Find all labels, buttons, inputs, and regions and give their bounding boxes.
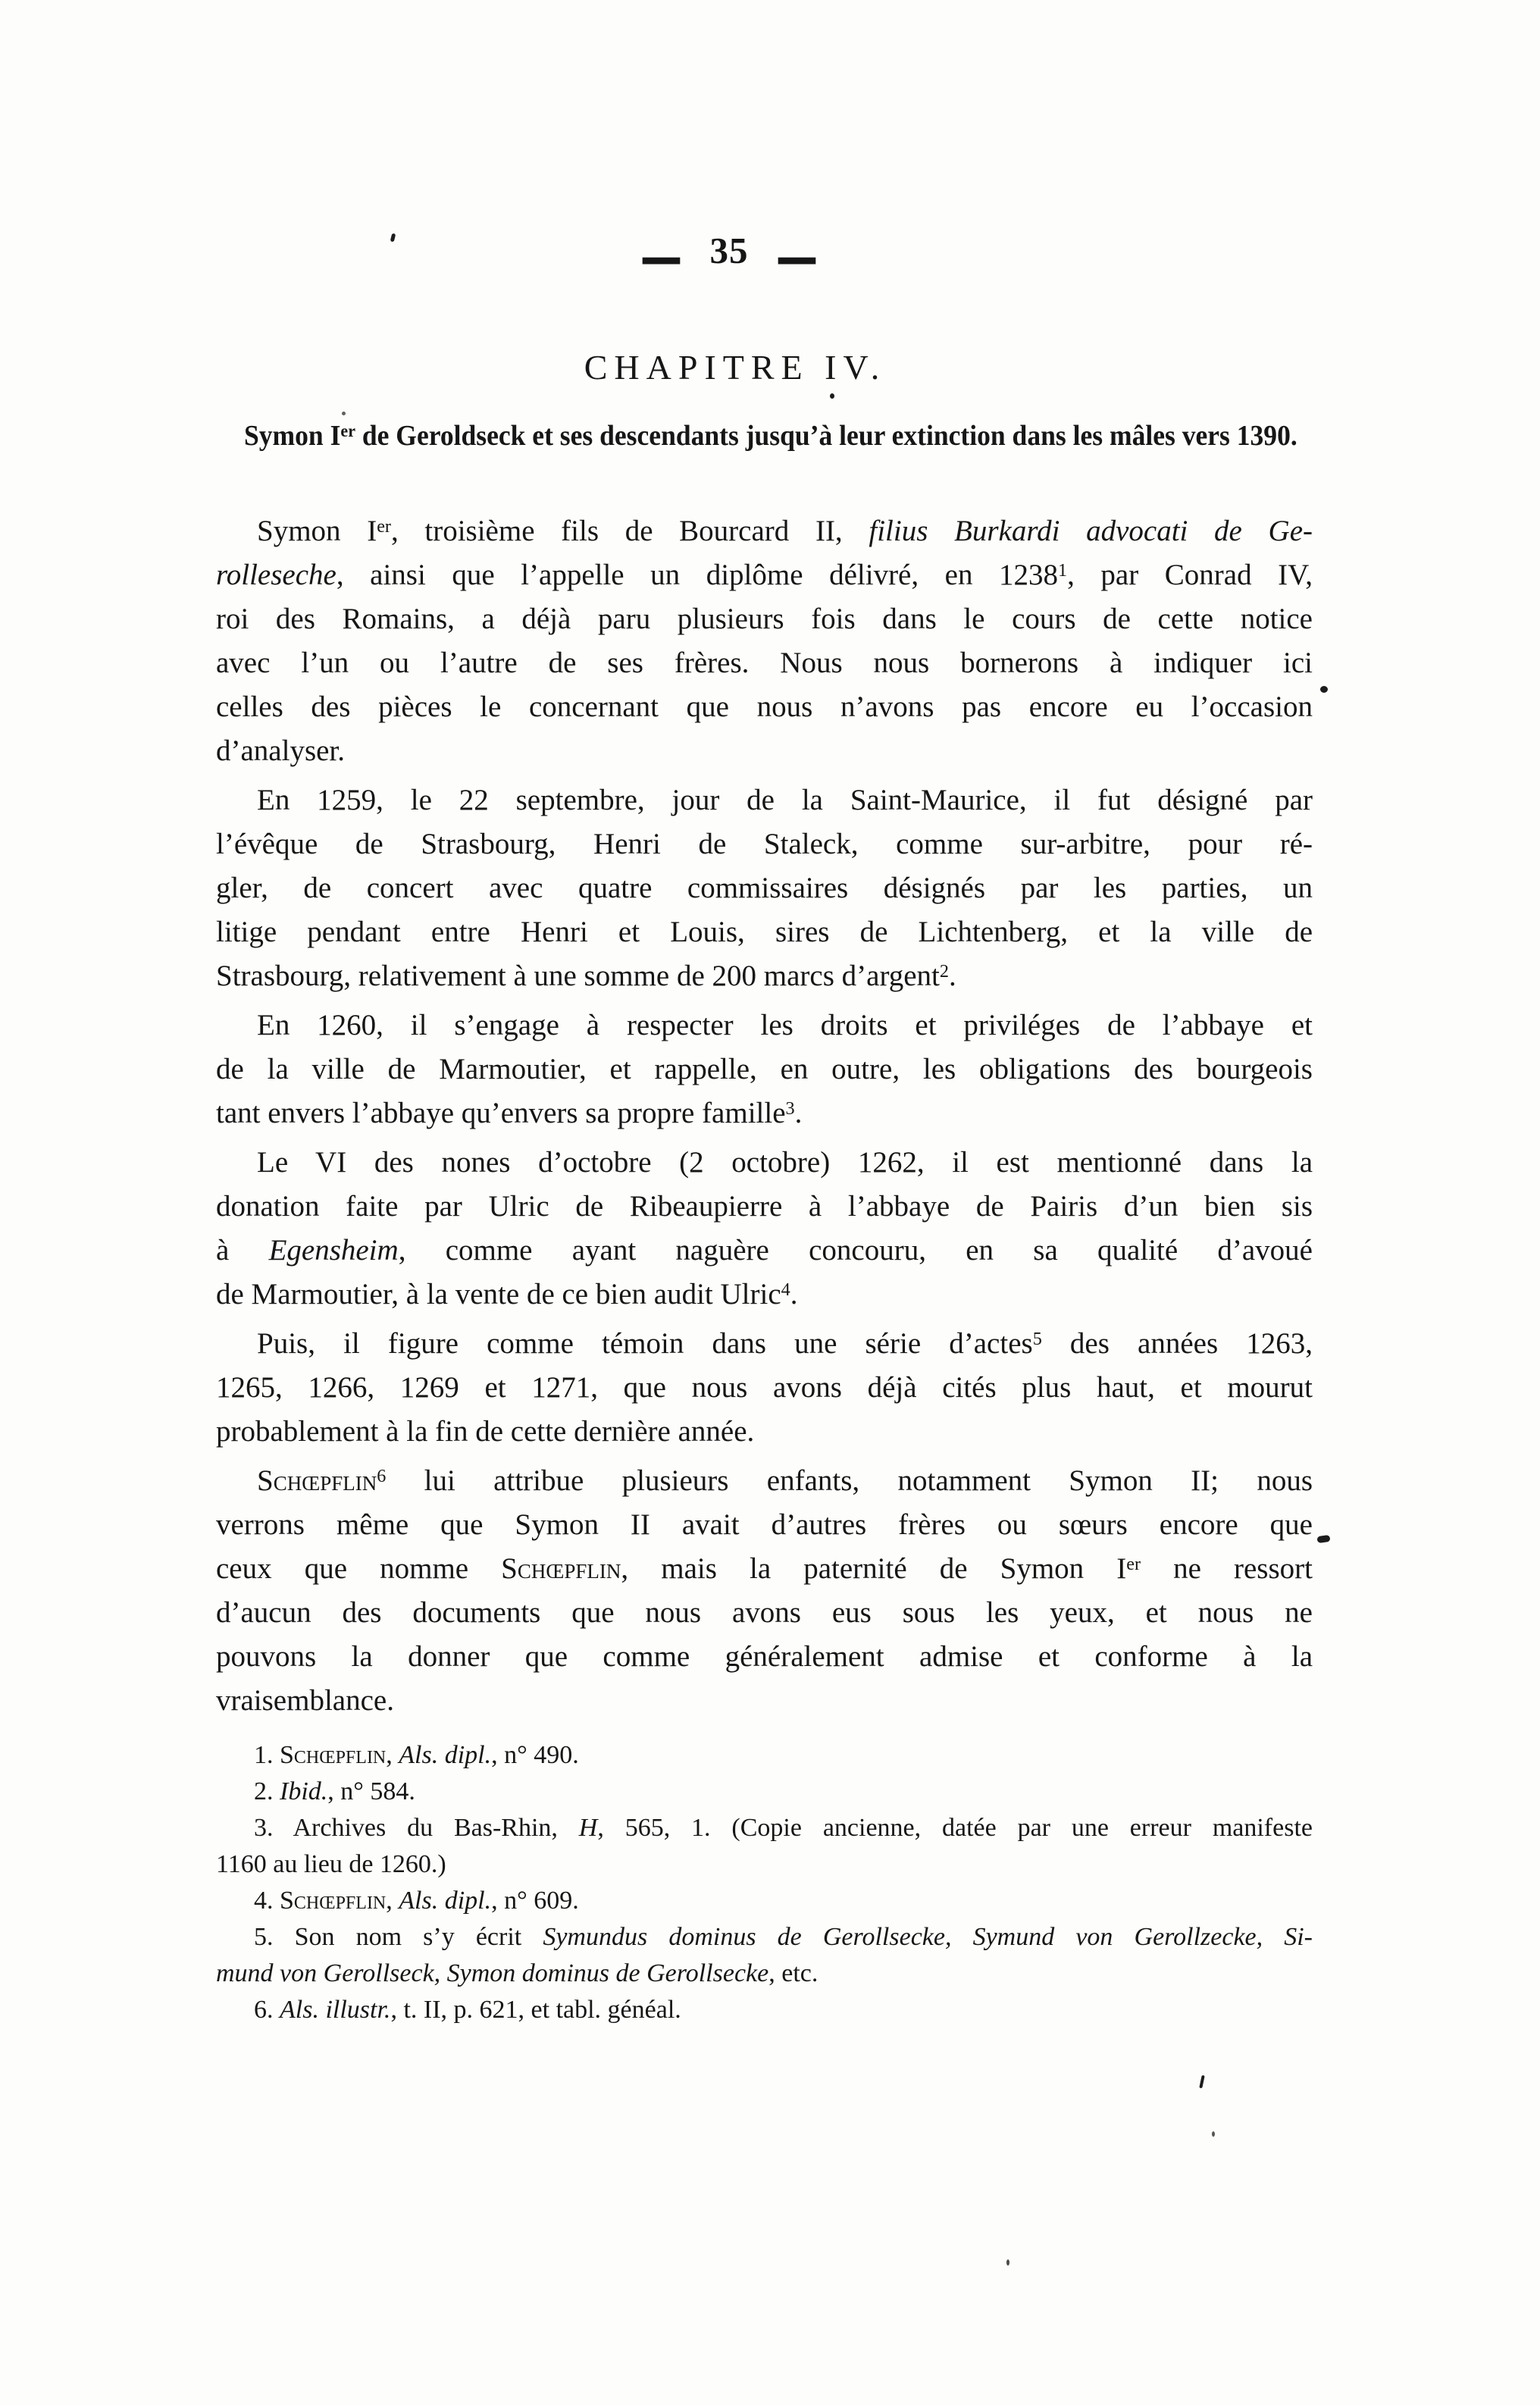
text-segment: Symon I	[244, 420, 340, 452]
text-line: roi des Romains, a déjà paru plusieurs f…	[216, 597, 1313, 641]
text-segment: ceux que nomme	[216, 1552, 501, 1585]
text-line: Symon Ier, troisième fils de Bourcard II…	[216, 509, 1313, 553]
text-line: Le VI des nones d’octobre (2 octobre) 12…	[216, 1141, 1313, 1185]
footnote-line: 5. Son nom s’y écrit Symundus dominus de…	[216, 1919, 1313, 1956]
text-segment: Schœpflin	[257, 1464, 377, 1497]
footnote-line: 6. Als. illustr., t. II, p. 621, et tabl…	[216, 1992, 1313, 2028]
text-segment: Ibid.	[280, 1777, 327, 1805]
text-segment: pouvons la donner que comme généralement…	[216, 1640, 1313, 1673]
text-segment: 4.	[254, 1887, 280, 1915]
text-segment: , n° 584.	[327, 1777, 415, 1805]
text-segment: gler, de concert avec quatre commissaire…	[216, 872, 1313, 904]
text-segment: de Marmoutier, à la vente de ce bien aud…	[216, 1278, 781, 1311]
page-number-dash-left: —	[643, 202, 680, 298]
footnote-line: 2. Ibid., n° 584.	[216, 1774, 1313, 1810]
text-segment: probablement à la fin de cette dernière …	[216, 1415, 754, 1448]
scanned-book-page: — 35 — CHAPITRE IV. Symon Ier de Gerolds…	[0, 0, 1540, 2405]
ink-speck	[342, 412, 346, 415]
text-segment: ,	[386, 1741, 399, 1769]
text-segment: , 565, 1. (Copie ancienne, datée par une…	[597, 1814, 1313, 1842]
text-segment: .	[949, 960, 956, 992]
text-segment: tant envers l’abbaye qu’envers sa propre…	[216, 1097, 786, 1129]
text-line: l’évêque de Strasbourg, Henri de Staleck…	[216, 822, 1313, 866]
text-segment: Schœpflin	[280, 1741, 386, 1769]
ink-speck	[390, 233, 396, 243]
paragraph: Schœpflin6 lui attribue plusieurs enfant…	[216, 1459, 1313, 1723]
text-line: litige pendant entre Henri et Louis, sir…	[216, 910, 1313, 954]
paragraph: Puis, il figure comme témoin dans une sé…	[216, 1322, 1313, 1454]
footnote-item: 5. Son nom s’y écrit Symundus dominus de…	[216, 1919, 1313, 1992]
ink-speck	[1199, 2075, 1204, 2088]
footnote-line: 1160 au lieu de 1260.)	[216, 1846, 1313, 1883]
text-segment: , troisième fils de Bourcard II,	[391, 515, 869, 547]
text-segment: ,	[386, 1887, 399, 1915]
page-header: — 35 —	[643, 227, 815, 273]
text-line: gler, de concert avec quatre commissaire…	[216, 866, 1313, 910]
text-line: pouvons la donner que comme généralement…	[216, 1635, 1313, 1679]
text-line: de Marmoutier, à la vente de ce bien aud…	[216, 1273, 1313, 1317]
text-segment: d’analyser.	[216, 734, 345, 767]
text-segment: , n° 490.	[491, 1741, 579, 1769]
text-segment: rolleseche	[216, 559, 336, 591]
text-segment: 2.	[254, 1777, 280, 1805]
text-segment: vraisemblance.	[216, 1684, 394, 1717]
footnote-line: 4. Schœpflin, Als. dipl., n° 609.	[216, 1883, 1313, 1919]
paragraph: Symon Ier, troisième fils de Bourcard II…	[216, 509, 1313, 773]
footnote-line: 1. Schœpflin, Als. dipl., n° 490.	[216, 1737, 1313, 1774]
text-segment: Puis, il figure comme témoin dans une sé…	[257, 1327, 1033, 1360]
text-segment: 5	[1033, 1329, 1042, 1349]
text-segment: 6.	[254, 1996, 280, 2024]
paragraph: En 1260, il s’engage à respecter les dro…	[216, 1004, 1313, 1135]
text-segment: l’évêque de Strasbourg, Henri de Staleck…	[216, 828, 1313, 860]
text-line: d’analyser.	[216, 729, 1313, 773]
ink-speck	[1006, 2259, 1009, 2266]
text-segment: H	[579, 1814, 598, 1842]
footnote-item: 1. Schœpflin, Als. dipl., n° 490.	[216, 1737, 1313, 1774]
text-segment: 1265, 1266, 1269 et 1271, que nous avons…	[216, 1371, 1313, 1404]
footnotes: 1. Schœpflin, Als. dipl., n° 490.2. Ibid…	[216, 1737, 1313, 2028]
text-segment: litige pendant entre Henri et Louis, sir…	[216, 916, 1313, 948]
text-segment: Strasbourg, relativement à une somme de …	[216, 960, 940, 992]
text-segment: ne ressort	[1141, 1552, 1313, 1585]
text-segment: 1160 au lieu de 1260.)	[216, 1850, 446, 1878]
text-segment: de la ville de Marmoutier, et rappelle, …	[216, 1053, 1313, 1085]
footnote-item: 4. Schœpflin, Als. dipl., n° 609.	[216, 1883, 1313, 1919]
text-line: En 1260, il s’engage à respecter les dro…	[216, 1004, 1313, 1047]
text-line: de la ville de Marmoutier, et rappelle, …	[216, 1047, 1313, 1091]
text-segment: En 1259, le 22 septembre, jour de la Sai…	[257, 784, 1313, 816]
ink-speck	[1320, 686, 1328, 693]
paragraph: Le VI des nones d’octobre (2 octobre) 12…	[216, 1141, 1313, 1317]
text-segment: Le VI des nones d’octobre (2 octobre) 12…	[257, 1146, 1313, 1179]
text-segment: filius Burkardi advocati de Ge-	[869, 515, 1313, 547]
text-segment: 6	[377, 1466, 386, 1486]
text-segment: , par Conrad IV,	[1067, 559, 1313, 591]
text-segment: lui attribue plusieurs enfants, notammen…	[386, 1464, 1313, 1497]
text-line: vraisemblance.	[216, 1679, 1313, 1723]
text-line: Strasbourg, relativement à une somme de …	[216, 954, 1313, 998]
text-segment: avec l’un ou l’autre de ses frères. Nous…	[216, 647, 1313, 679]
text-line: d’aucun des documents que nous avons eus…	[216, 1591, 1313, 1635]
text-segment: donation faite par Ulric de Ribeaupierre…	[216, 1190, 1313, 1223]
text-segment: Als. dipl.	[399, 1741, 491, 1769]
text-line: Schœpflin6 lui attribue plusieurs enfant…	[216, 1459, 1313, 1503]
text-line: celles des pièces le concernant que nous…	[216, 685, 1313, 729]
text-line: à Egensheim, comme ayant naguère concour…	[216, 1229, 1313, 1273]
footnote-line: 3. Archives du Bas-Rhin, H, 565, 1. (Cop…	[216, 1810, 1313, 1846]
text-line: ceux que nomme Schœpflin, mais la patern…	[216, 1547, 1313, 1591]
text-segment: , n° 609.	[491, 1887, 579, 1915]
page-number: 35	[710, 229, 749, 272]
text-segment: , mais la paternité de Symon I	[621, 1552, 1126, 1585]
text-segment: 3. Archives du Bas-Rhin,	[254, 1814, 579, 1842]
text-line: verrons même que Symon II avait d’autres…	[216, 1503, 1313, 1547]
text-segment: mund von Gerollseck, Symon dominus de Ge…	[216, 1959, 768, 1987]
text-segment: .	[795, 1097, 803, 1129]
text-segment: 1.	[254, 1741, 280, 1769]
ink-speck	[1212, 2131, 1215, 2137]
text-segment: 3	[786, 1098, 795, 1119]
text-segment: Symundus dominus de Gerollsecke, Symund …	[543, 1923, 1313, 1951]
text-segment: celles des pièces le concernant que nous…	[216, 690, 1313, 723]
text-segment: , ainsi que l’appelle un diplôme délivré…	[336, 559, 1058, 591]
text-segment: 2	[940, 961, 949, 982]
text-segment: , etc.	[768, 1959, 818, 1987]
text-segment: , t. II, p. 621, et tabl. généal.	[390, 1996, 681, 2024]
text-segment: .	[790, 1278, 798, 1311]
footnote-item: 3. Archives du Bas-Rhin, H, 565, 1. (Cop…	[216, 1810, 1313, 1883]
text-segment: Schœpflin	[501, 1552, 621, 1585]
text-line: probablement à la fin de cette dernière …	[216, 1410, 1313, 1454]
ink-speck	[1316, 1535, 1330, 1543]
text-segment: à	[216, 1234, 269, 1267]
text-segment: Schœpflin	[280, 1887, 386, 1915]
text-line: donation faite par Ulric de Ribeaupierre…	[216, 1185, 1313, 1229]
section-heading: Symon Ier de Geroldseck et ses descendan…	[244, 419, 1229, 453]
text-segment: 4	[781, 1279, 790, 1300]
text-line: avec l’un ou l’autre de ses frères. Nous…	[216, 641, 1313, 685]
text-segment: d’aucun des documents que nous avons eus…	[216, 1596, 1313, 1629]
text-line: tant envers l’abbaye qu’envers sa propre…	[216, 1091, 1313, 1135]
text-segment: verrons même que Symon II avait d’autres…	[216, 1508, 1313, 1541]
text-segment: er	[1126, 1554, 1141, 1574]
text-line: 1265, 1266, 1269 et 1271, que nous avons…	[216, 1366, 1313, 1410]
text-segment: 1	[1058, 560, 1067, 581]
chapter-title: CHAPITRE IV.	[216, 347, 1254, 387]
footnote-item: 6. Als. illustr., t. II, p. 621, et tabl…	[216, 1992, 1313, 2028]
text-segment: roi des Romains, a déjà paru plusieurs f…	[216, 603, 1313, 635]
text-segment: Egensheim	[269, 1234, 399, 1267]
text-segment: Als. dipl.	[399, 1887, 491, 1915]
text-segment: de Geroldseck et ses descendants jusqu’à…	[355, 420, 1297, 452]
footnote-item: 2. Ibid., n° 584.	[216, 1774, 1313, 1810]
text-segment: Symon I	[257, 515, 377, 547]
text-segment: 5. Son nom s’y écrit	[254, 1923, 543, 1951]
text-segment: er	[377, 516, 391, 537]
ink-speck	[830, 393, 834, 399]
footnote-line: mund von Gerollseck, Symon dominus de Ge…	[216, 1956, 1313, 1992]
text-segment: , comme ayant naguère concouru, en sa qu…	[399, 1234, 1313, 1267]
text-line: En 1259, le 22 septembre, jour de la Sai…	[216, 778, 1313, 822]
body-text: Symon Ier, troisième fils de Bourcard II…	[216, 509, 1313, 1723]
text-segment: des années 1263,	[1042, 1327, 1313, 1360]
text-line: rolleseche, ainsi que l’appelle un diplô…	[216, 553, 1313, 597]
text-segment: En 1260, il s’engage à respecter les dro…	[257, 1009, 1313, 1041]
text-line: Puis, il figure comme témoin dans une sé…	[216, 1322, 1313, 1366]
paragraph: En 1259, le 22 septembre, jour de la Sai…	[216, 778, 1313, 998]
text-segment: er	[340, 421, 355, 441]
text-segment: Als. illustr.	[280, 1996, 390, 2024]
page-number-dash-right: —	[778, 202, 815, 298]
